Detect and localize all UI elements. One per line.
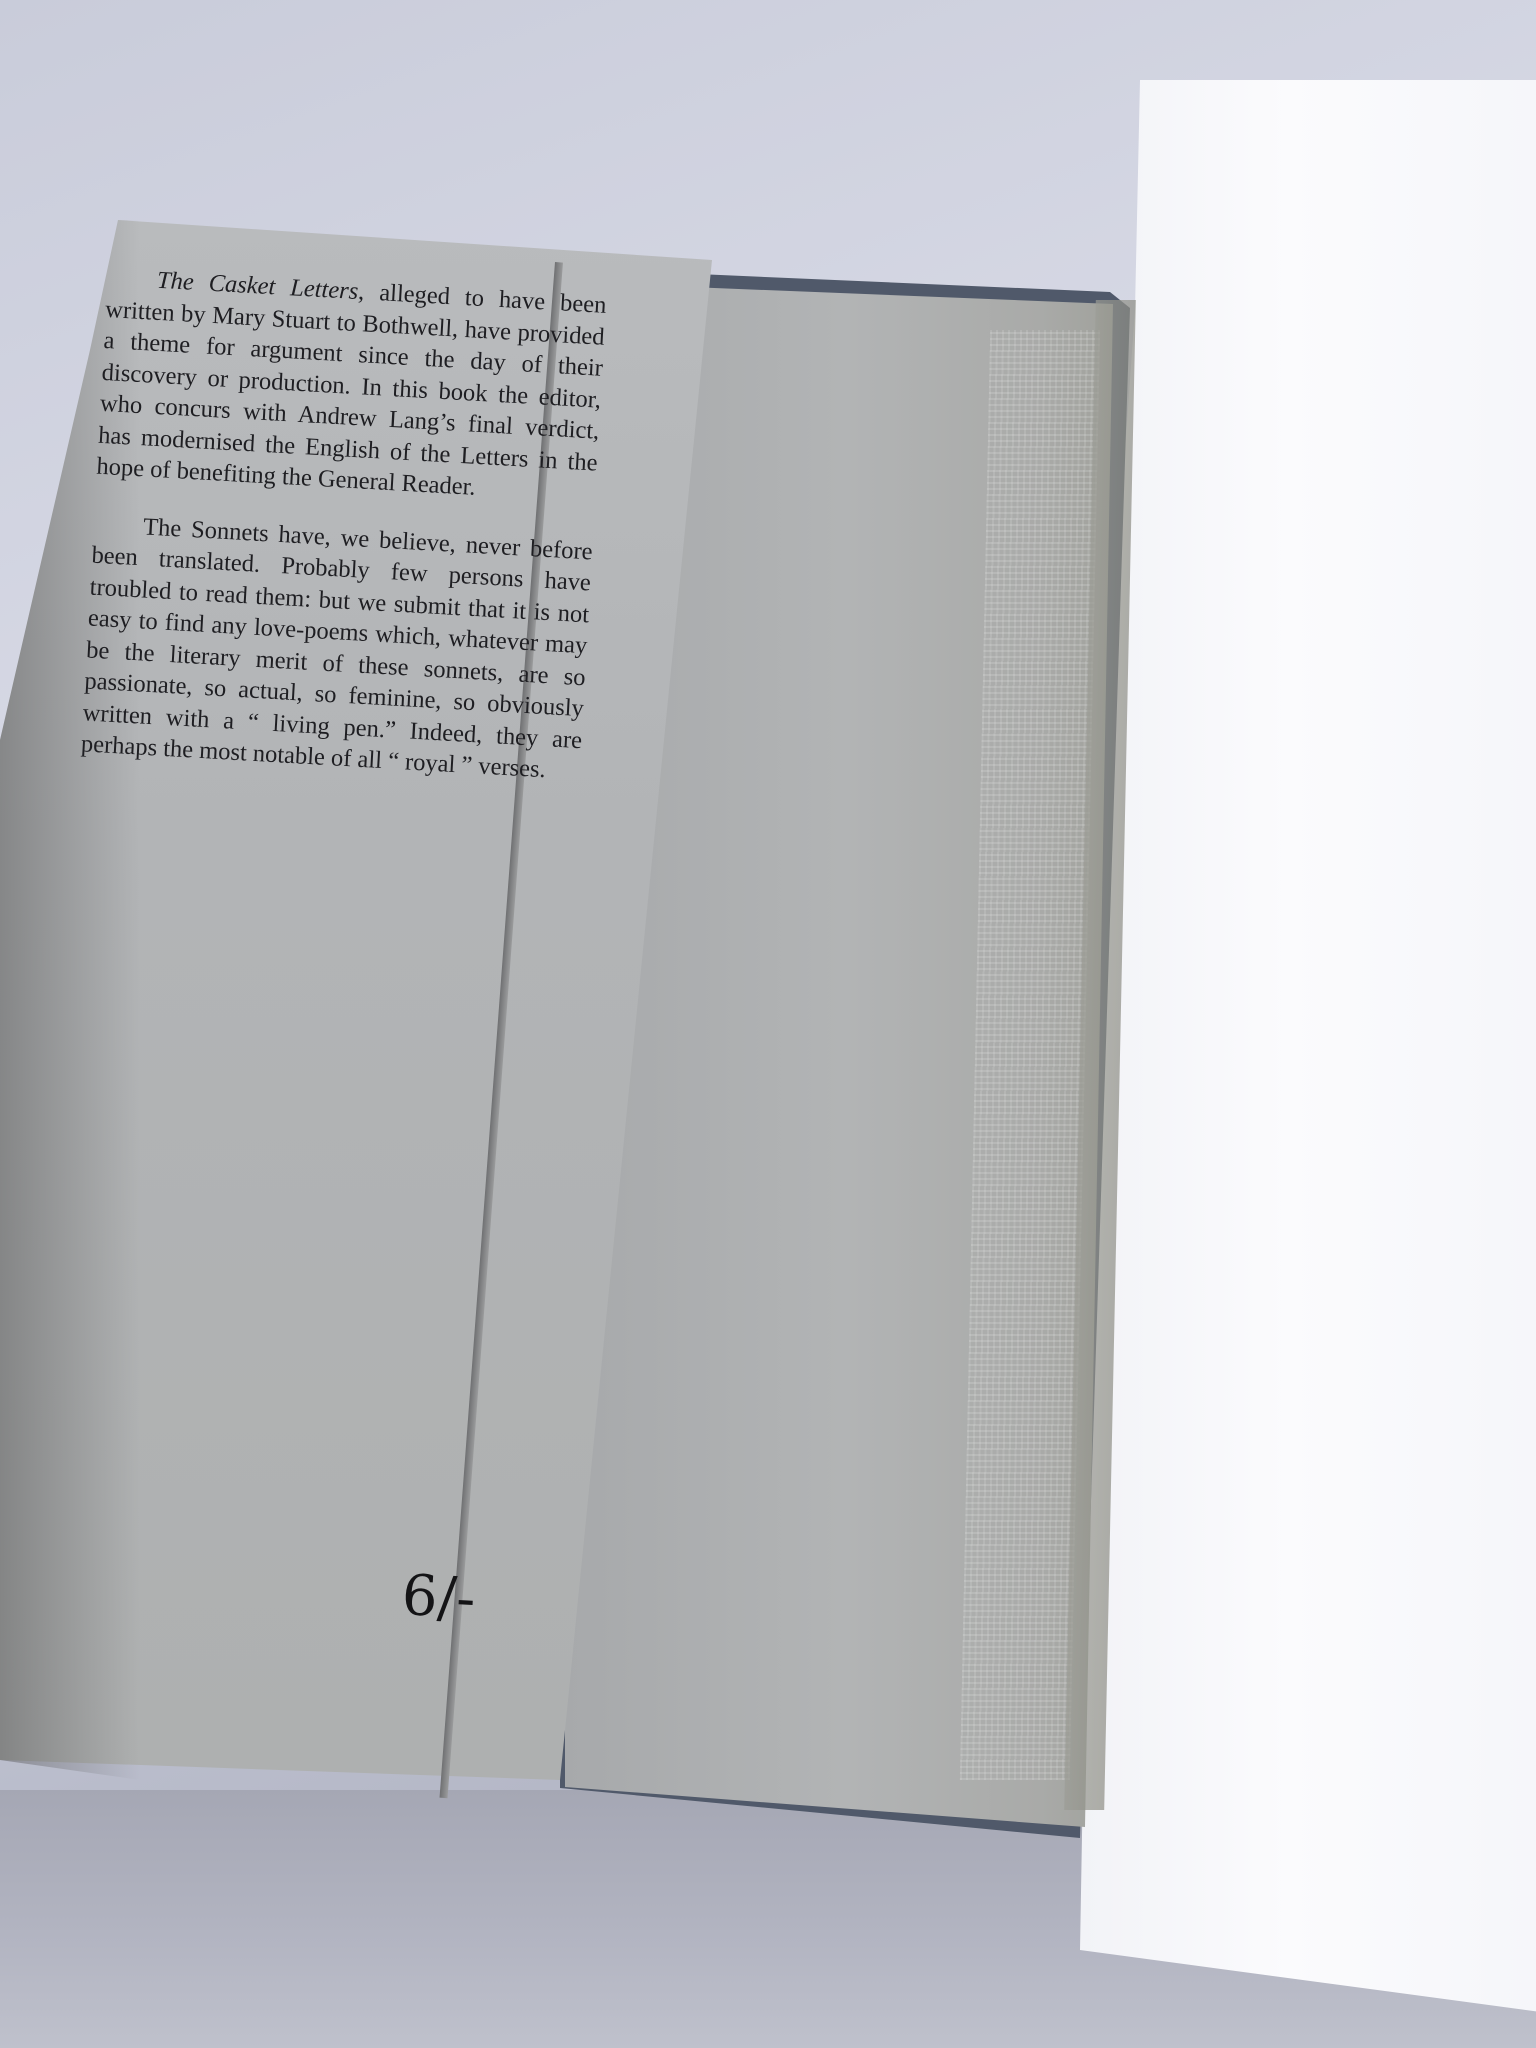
blurb-paragraph-1: The Casket Letters, alleged to have been… — [96, 262, 608, 510]
endpaper-page — [1080, 80, 1536, 2020]
flap-blurb: The Casket Letters, alleged to have been… — [79, 262, 607, 814]
photo-scene: The Casket Letters, alleged to have been… — [0, 0, 1536, 2048]
price-mark: 6/- — [400, 1563, 477, 1632]
blurb-paragraph-2: The Sonnets have, we believe, never befo… — [80, 508, 593, 788]
blurb-paragraph-1-text: , alleged to have been written by Mary S… — [96, 278, 607, 501]
